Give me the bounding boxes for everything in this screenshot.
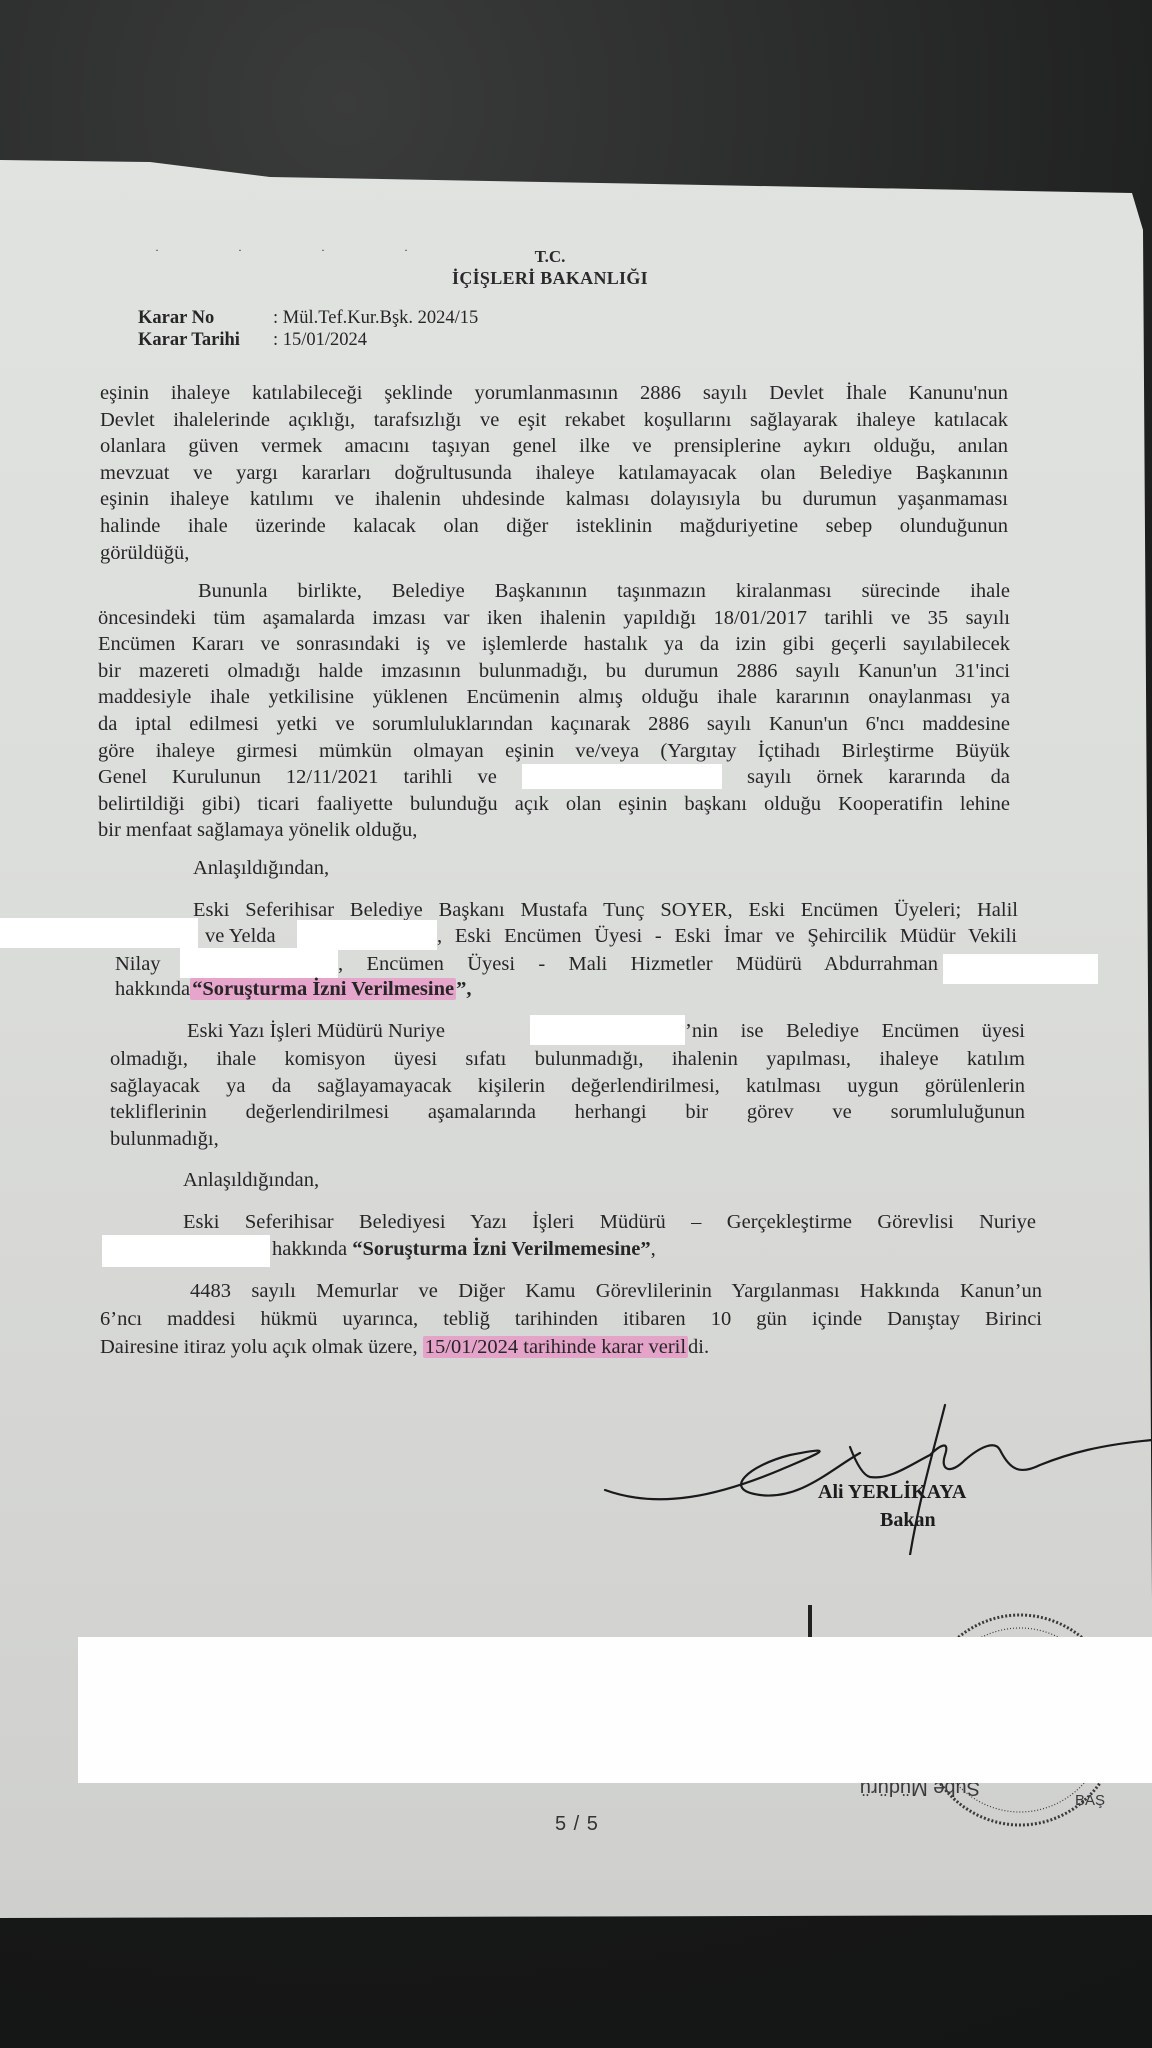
text-line: öncesindeki tüm aşamalarda imzası var ik… [98, 605, 1010, 632]
stamp-line-mark [808, 1605, 812, 1637]
text-line: tekliflerinin değerlendirilmesi aşamalar… [110, 1099, 1025, 1126]
text-line: olanlara güven vermek amacını taşıyan ge… [100, 433, 1008, 460]
text-segment: ve Yelda [205, 923, 276, 950]
text-line: bulunmadığı, [110, 1126, 1025, 1153]
stamp-text-2: BAŞ [1075, 1792, 1105, 1809]
text-segment: Eski Yazı İşleri Müdürü Nuriye [187, 1018, 445, 1045]
redaction-box [522, 764, 722, 789]
decision-no-label: Karar No [138, 307, 273, 329]
redaction-box [0, 918, 198, 948]
text-line: olmadığı, ihale komisyon üyesi sıfatı bu… [110, 1046, 1025, 1073]
signatory-name: Ali YERLİKAYA [818, 1481, 966, 1504]
redaction-box [180, 948, 338, 978]
redaction-box [943, 954, 1098, 984]
conclusion-2-line-2: hakkında “Soruşturma İzni Verilmemesine”… [272, 1236, 656, 1263]
text-line: bir mazereti olmadığı halde imzasının bu… [98, 658, 1010, 685]
highlighted-date: 15/01/2024 tarihinde karar veril [423, 1336, 688, 1358]
text-line: sağlayacak ya da sağlayamayacak kişileri… [110, 1073, 1025, 1100]
conclusion-1-lead: Anlaşıldığından, [193, 855, 329, 882]
text-segment: ”, [456, 978, 471, 1000]
text-line: Devlet ihalelerinde açıklığı, tarafsızlı… [100, 407, 1008, 434]
highlighted-decision: “Soruşturma İzni Verilmesine [190, 978, 456, 1000]
text-line: eşinin ihaleye katılabileceği şeklinde y… [100, 380, 1008, 407]
paragraph-1: eşinin ihaleye katılabileceği şeklinde y… [100, 380, 1008, 566]
final-line-1: 4483 sayılı Memurlar ve Diğer Kamu Görev… [190, 1278, 1042, 1305]
page-number: 5 / 5 [555, 1813, 599, 1836]
signatory-title: Bakan [880, 1509, 936, 1532]
redaction-box [530, 1015, 685, 1045]
conclusion-1-line-4: hakkında“Soruşturma İzni Verilmesine”, [115, 976, 471, 1003]
text-segment: Dairesine itiraz yolu açık olmak üzere, [100, 1336, 418, 1358]
text-line: eşinin ihaleye katılımı ve ihalenin uhde… [100, 486, 1008, 513]
conclusion-2-line-1: Eski Seferihisar Belediyesi Yazı İşleri … [183, 1209, 1036, 1236]
redaction-block [78, 1637, 1152, 1783]
paragraph-3: olmadığı, ihale komisyon üyesi sıfatı bu… [110, 1046, 1025, 1152]
text-line: göre ihaleye girmesi mümkün olmayan eşin… [98, 738, 1010, 765]
text-line: halinde ihale üzerinde kalacak olan diğe… [100, 513, 1008, 540]
text-line: maddesiyle ihale yetkilisine yüklenen En… [98, 684, 1010, 711]
text-segment: , Eski Encümen Üyesi - Eski İmar ve Şehi… [437, 923, 1017, 950]
text-line: Bununla birlikte, Belediye Başkanının ta… [98, 578, 1010, 605]
text-segment: Genel Kurulunun 12/11/2021 tarihli ve [98, 766, 497, 788]
decision-no-value: : Mül.Tef.Kur.Bşk. 2024/15 [273, 307, 478, 329]
text-segment: hakkında [115, 978, 190, 1000]
text-line: mevzuat ve yargı kararları doğrultusunda… [100, 460, 1008, 487]
redaction-box [102, 1235, 270, 1267]
text-segment: sayılı örnek kararında da [747, 766, 1010, 788]
text-segment: , Encümen Üyesi - Mali Hizmetler Müdürü … [338, 951, 938, 978]
text-segment: ’nin ise Belediye Encümen üyesi [685, 1018, 1025, 1045]
handwritten-signature [600, 1395, 1152, 1555]
text-line: bir menfaat sağlamaya yönelik olduğu, [98, 817, 1010, 844]
header-ministry: İÇİŞLERİ BAKANLIĞI [430, 267, 670, 289]
punch-marks: · · · · [155, 243, 446, 258]
conclusion-2-lead: Anlaşıldığından, [183, 1167, 319, 1194]
decision-date-label: Karar Tarihi [138, 329, 273, 351]
text-line: Encümen Kararı ve sonrasındaki iş ve işl… [98, 631, 1010, 658]
text-segment: hakkında [272, 1238, 347, 1260]
paragraph-2: Bununla birlikte, Belediye Başkanının ta… [98, 578, 1010, 844]
text-line: görüldüğü, [100, 540, 1008, 567]
redaction-box [297, 920, 437, 950]
text-segment: Nilay [115, 951, 161, 978]
text-segment: , [651, 1238, 656, 1260]
decision-meta: Karar No : Mül.Tef.Kur.Bşk. 2024/15 Kara… [138, 307, 478, 351]
document-header: T.C. İÇİŞLERİ BAKANLIĞI [430, 247, 670, 289]
text-line: Genel Kurulunun 12/11/2021 tarihli ve sa… [98, 764, 1010, 791]
text-segment: di. [688, 1336, 709, 1358]
final-line-3: Dairesine itiraz yolu açık olmak üzere, … [100, 1334, 709, 1361]
decision-refusal: “Soruşturma İzni Verilmemesine” [352, 1238, 650, 1260]
text-line: da iptal edilmesi yetki ve sorumluluklar… [98, 711, 1010, 738]
header-country: T.C. [430, 247, 670, 267]
final-line-2: 6’ncı maddesi hükmü uyarınca, tebliğ tar… [100, 1306, 1042, 1333]
decision-date-value: : 15/01/2024 [273, 329, 367, 351]
text-line: belirtildiği gibi) ticari faaliyette bul… [98, 791, 1010, 818]
